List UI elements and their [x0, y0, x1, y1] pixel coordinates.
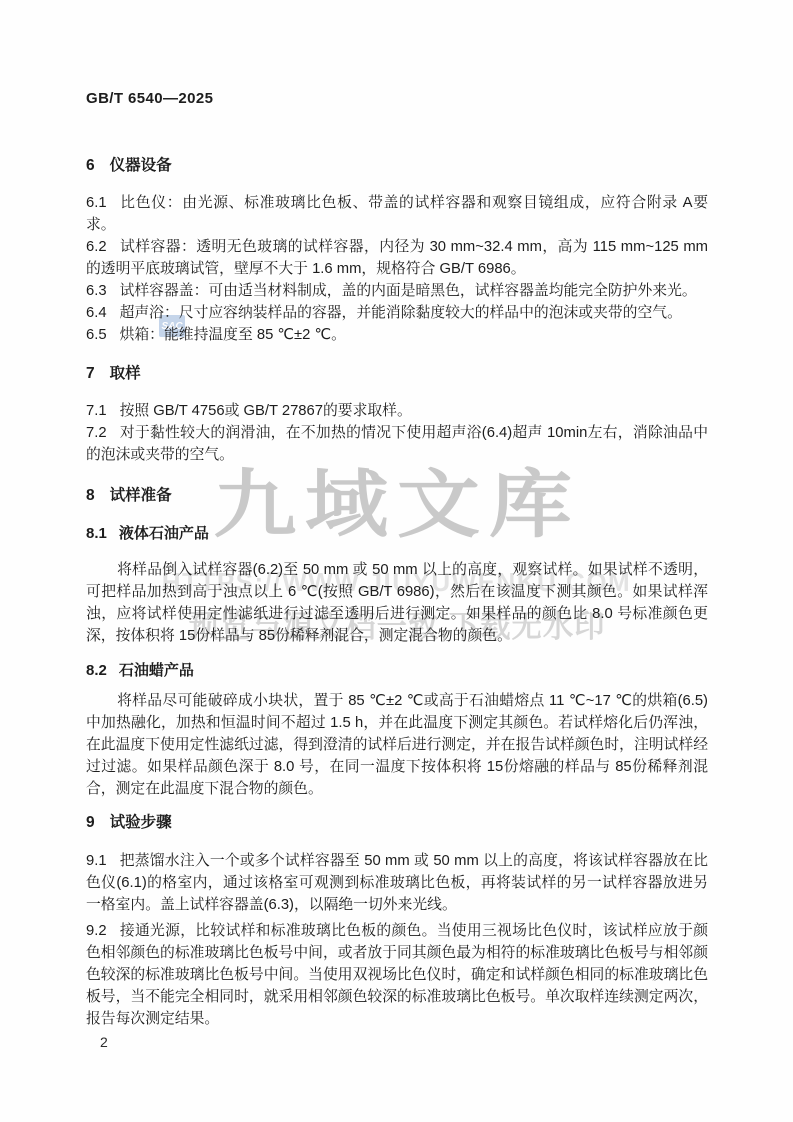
- clause-6-2: 6.2试样容器：透明无色玻璃的试样容器，内径为 30 mm~32.4 mm，高为…: [86, 236, 708, 280]
- clause-label: 9.2: [86, 923, 107, 939]
- section-number: 6: [86, 157, 95, 174]
- section-8-heading: 8试样准备: [86, 485, 708, 507]
- clause-label: 6.2: [86, 239, 107, 255]
- section-6-heading: 6仪器设备: [86, 155, 708, 177]
- clause-text: 试样容器：透明无色玻璃的试样容器，内径为 30 mm~32.4 mm，高为 11…: [86, 239, 708, 277]
- document-page: 九域文库 HTTPS://WWW.JIUYUWENKU.COM 预览与源文档一致…: [0, 0, 793, 1122]
- section-title: 仪器设备: [110, 157, 172, 174]
- clause-text: 比色仪：由光源、标准玻璃比色板、带盖的试样容器和观察目镜组成，应符合附录 A要求…: [86, 195, 708, 233]
- section-9-heading: 9试验步骤: [86, 812, 708, 834]
- clause-text: 对于黏性较大的润滑油，在不加热的情况下使用超声浴(6.4)超声 10min左右，…: [86, 425, 708, 463]
- clause-9-1: 9.1把蒸馏水注入一个或多个试样容器至 50 mm 或 50 mm 以上的高度，…: [86, 850, 708, 916]
- subsection-title: 液体石油产品: [119, 525, 209, 542]
- clause-9-2: 9.2接通光源，比较试样和标准玻璃比色板的颜色。当使用三视场比色仪时，该试样应放…: [86, 920, 708, 1030]
- clause-7-2: 7.2对于黏性较大的润滑油，在不加热的情况下使用超声浴(6.4)超声 10min…: [86, 422, 708, 466]
- section-number: 7: [86, 365, 95, 382]
- subsection-label: 8.1: [86, 525, 107, 542]
- clause-6-4: 6.4超声浴：尺寸应容纳装样品的容器，并能消除黏度较大的样品中的泡沫或夹带的空气…: [86, 302, 708, 324]
- clause-text: 烘箱：能维持温度至 85 ℃±2 ℃。: [120, 327, 346, 343]
- clause-text: 试样容器盖：可由适当材料制成，盖的内面是暗黑色，试样容器盖均能完全防护外来光。: [120, 283, 697, 299]
- clause-6-3: 6.3试样容器盖：可由适当材料制成，盖的内面是暗黑色，试样容器盖均能完全防护外来…: [86, 280, 708, 302]
- section-number: 9: [86, 814, 95, 831]
- clause-text: 按照 GB/T 4756或 GB/T 27867的要求取样。: [120, 403, 412, 419]
- paragraph-8-2: 将样品尽可能破碎成小块状，置于 85 ℃±2 ℃或高于石油蜡熔点 11 ℃~17…: [86, 690, 708, 800]
- standard-number: GB/T 6540—2025: [86, 90, 708, 108]
- clause-7-1: 7.1按照 GB/T 4756或 GB/T 27867的要求取样。: [86, 400, 708, 422]
- clause-label: 7.2: [86, 425, 107, 441]
- section-title: 取样: [110, 365, 141, 382]
- page-number: 2: [100, 1034, 108, 1050]
- clause-label: 7.1: [86, 403, 107, 419]
- document-content: GB/T 6540—2025 6仪器设备 6.1比色仪：由光源、标准玻璃比色板、…: [86, 0, 708, 1030]
- clause-label: 6.1: [86, 195, 107, 211]
- clause-label: 9.1: [86, 853, 107, 869]
- subsection-label: 8.2: [86, 662, 107, 679]
- clause-text: 超声浴：尺寸应容纳装样品的容器，并能消除黏度较大的样品中的泡沫或夹带的空气。: [120, 305, 682, 321]
- clause-label: 6.4: [86, 305, 107, 321]
- clause-text: 接通光源，比较试样和标准玻璃比色板的颜色。当使用三视场比色仪时，该试样应放于颜色…: [86, 923, 708, 1027]
- clause-label: 6.5: [86, 327, 107, 343]
- section-title: 试验步骤: [110, 814, 172, 831]
- subsection-8-2-heading: 8.2石油蜡产品: [86, 660, 708, 682]
- clause-label: 6.3: [86, 283, 107, 299]
- subsection-8-1-heading: 8.1液体石油产品: [86, 523, 708, 545]
- clause-text: 把蒸馏水注入一个或多个试样容器至 50 mm 或 50 mm 以上的高度，将该试…: [86, 853, 708, 913]
- clause-6-1: 6.1比色仪：由光源、标准玻璃比色板、带盖的试样容器和观察目镜组成，应符合附录 …: [86, 192, 708, 236]
- section-number: 8: [86, 487, 95, 504]
- section-title: 试样准备: [110, 487, 172, 504]
- paragraph-8-1: 将样品倒入试样容器(6.2)至 50 mm 或 50 mm 以上的高度，观察试样…: [86, 559, 708, 647]
- section-7-heading: 7取样: [86, 363, 708, 385]
- clause-6-5: 6.5烘箱：能维持温度至 85 ℃±2 ℃。: [86, 324, 708, 346]
- subsection-title: 石油蜡产品: [119, 662, 194, 679]
